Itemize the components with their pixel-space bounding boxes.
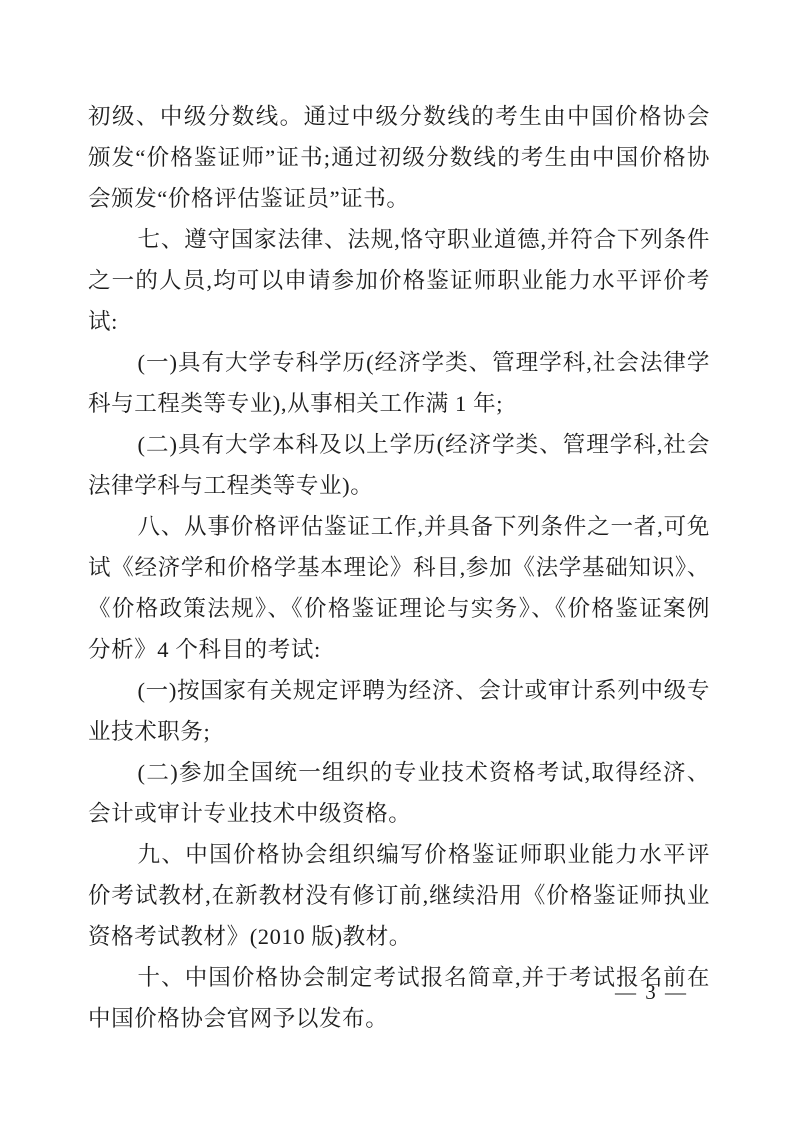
paragraph-item-8-1: (一)按国家有关规定评聘为经济、会计或审计系列中级专业技术职务; <box>88 670 710 752</box>
document-body: 初级、中级分数线。通过中级分数线的考生由中国价格协会颁发“价格鉴证师”证书;通过… <box>88 96 710 1039</box>
paragraph-item-7-1: (一)具有大学专科学历(经济学类、管理学科,社会法律学科与工程类等专业),从事相… <box>88 342 710 424</box>
paragraph-continuation: 初级、中级分数线。通过中级分数线的考生由中国价格协会颁发“价格鉴证师”证书;通过… <box>88 96 710 219</box>
paragraph-item-8-2: (二)参加全国统一组织的专业技术资格考试,取得经济、会计或审计专业技术中级资格。 <box>88 752 710 834</box>
document-page: 初级、中级分数线。通过中级分数线的考生由中国价格协会颁发“价格鉴证师”证书;通过… <box>0 0 793 1123</box>
page-number: — 3 — <box>88 980 710 1005</box>
paragraph-item-7-2: (二)具有大学本科及以上学历(经济学类、管理学科,社会法律学科与工程类等专业)。 <box>88 424 710 506</box>
paragraph-item-9: 九、中国价格协会组织编写价格鉴证师职业能力水平评价考试教材,在新教材没有修订前,… <box>88 834 710 957</box>
paragraph-item-7: 七、遵守国家法律、法规,恪守职业道德,并符合下列条件之一的人员,均可以申请参加价… <box>88 219 710 342</box>
paragraph-item-8: 八、从事价格评估鉴证工作,并具备下列条件之一者,可免试《经济学和价格学基本理论》… <box>88 506 710 670</box>
